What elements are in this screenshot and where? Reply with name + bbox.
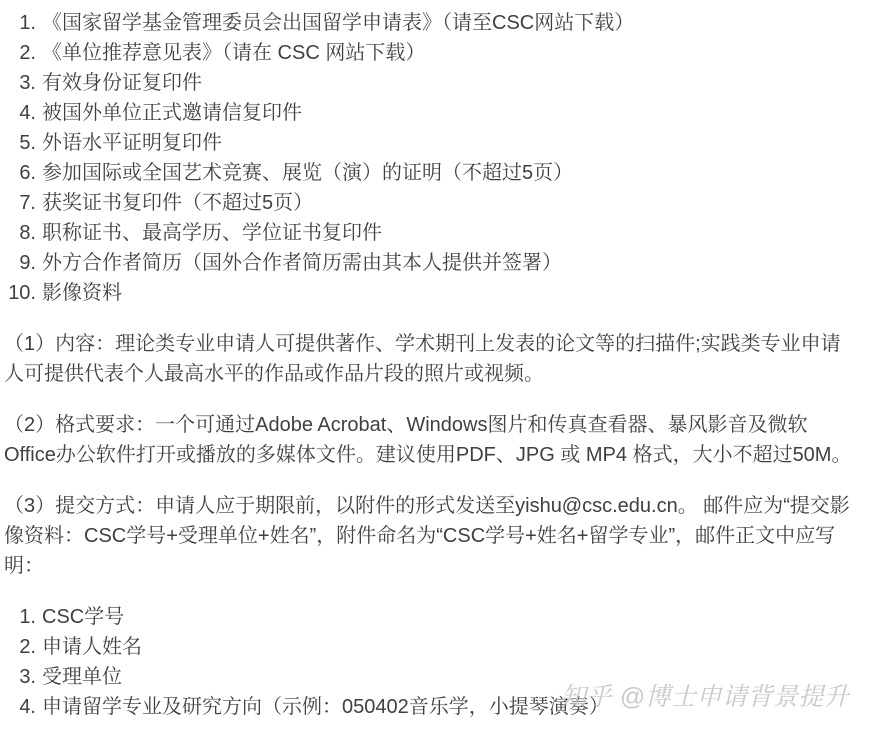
email-body-list: 1. CSC学号 2. 申请人姓名 3. 受理单位 4. 申请留学专业及研究方向… [4, 602, 875, 722]
list-item-text: 外方合作者简历（国外合作者简历需由其本人提供并签署） [42, 248, 562, 278]
list-item: 3. 有效身份证复印件 [4, 68, 875, 98]
list-item-text: 影像资料 [42, 278, 122, 308]
list-item-number: 2. [4, 632, 36, 662]
article-content: 1. 《国家留学基金管理委员会出国留学申请表》（请至CSC网站下载） 2. 《单… [0, 0, 875, 722]
list-item: 5. 外语水平证明复印件 [4, 128, 875, 158]
list-item-text: 获奖证书复印件（不超过5页） [42, 188, 313, 218]
list-item-text: CSC学号 [42, 602, 124, 632]
list-item-text: 被国外单位正式邀请信复印件 [42, 98, 302, 128]
list-item-text: 《国家留学基金管理委员会出国留学申请表》（请至CSC网站下载） [42, 8, 634, 38]
list-item-text: 职称证书、最高学历、学位证书复印件 [42, 218, 382, 248]
list-item: 10. 影像资料 [4, 278, 875, 308]
list-item-text: 有效身份证复印件 [42, 68, 202, 98]
paragraph-format-requirements: （2）格式要求：一个可通过Adobe Acrobat、Windows图片和传真查… [4, 410, 871, 470]
list-item: 7. 获奖证书复印件（不超过5页） [4, 188, 875, 218]
list-item-number: 10. [4, 278, 36, 308]
list-item: 3. 受理单位 [4, 662, 875, 692]
list-item-text: 申请留学专业及研究方向（示例：050402音乐学，小提琴演奏） [42, 692, 609, 722]
list-item: 2. 申请人姓名 [4, 632, 875, 662]
list-item: 2. 《单位推荐意见表》（请在 CSC 网站下载） [4, 38, 875, 68]
list-item-number: 3. [4, 662, 36, 692]
list-item-number: 4. [4, 692, 36, 722]
list-item-text: 《单位推荐意见表》（请在 CSC 网站下载） [42, 38, 425, 68]
paragraph-content-requirements: （1）内容：理论类专业申请人可提供著作、学术期刊上发表的论文等的扫描件;实践类专… [4, 329, 871, 389]
list-item-text: 外语水平证明复印件 [42, 128, 222, 158]
list-item-number: 9. [4, 248, 36, 278]
list-item-number: 5. [4, 128, 36, 158]
materials-list: 1. 《国家留学基金管理委员会出国留学申请表》（请至CSC网站下载） 2. 《单… [4, 8, 875, 308]
paragraph-submission-method: （3）提交方式：申请人应于期限前，以附件的形式发送至yishu@csc.edu.… [4, 491, 871, 581]
list-item-number: 3. [4, 68, 36, 98]
list-item-number: 7. [4, 188, 36, 218]
list-item: 1. CSC学号 [4, 602, 875, 632]
list-item: 9. 外方合作者简历（国外合作者简历需由其本人提供并签署） [4, 248, 875, 278]
list-item-text: 参加国际或全国艺术竞赛、展览（演）的证明（不超过5页） [42, 158, 573, 188]
list-item: 6. 参加国际或全国艺术竞赛、展览（演）的证明（不超过5页） [4, 158, 875, 188]
list-item-number: 2. [4, 38, 36, 68]
list-item-number: 1. [4, 8, 36, 38]
list-item: 4. 申请留学专业及研究方向（示例：050402音乐学，小提琴演奏） [4, 692, 875, 722]
list-item: 8. 职称证书、最高学历、学位证书复印件 [4, 218, 875, 248]
list-item-text: 申请人姓名 [42, 632, 142, 662]
list-item: 1. 《国家留学基金管理委员会出国留学申请表》（请至CSC网站下载） [4, 8, 875, 38]
list-item-number: 4. [4, 98, 36, 128]
list-item-number: 1. [4, 602, 36, 632]
list-item-number: 6. [4, 158, 36, 188]
list-item: 4. 被国外单位正式邀请信复印件 [4, 98, 875, 128]
list-item-text: 受理单位 [42, 662, 122, 692]
list-item-number: 8. [4, 218, 36, 248]
